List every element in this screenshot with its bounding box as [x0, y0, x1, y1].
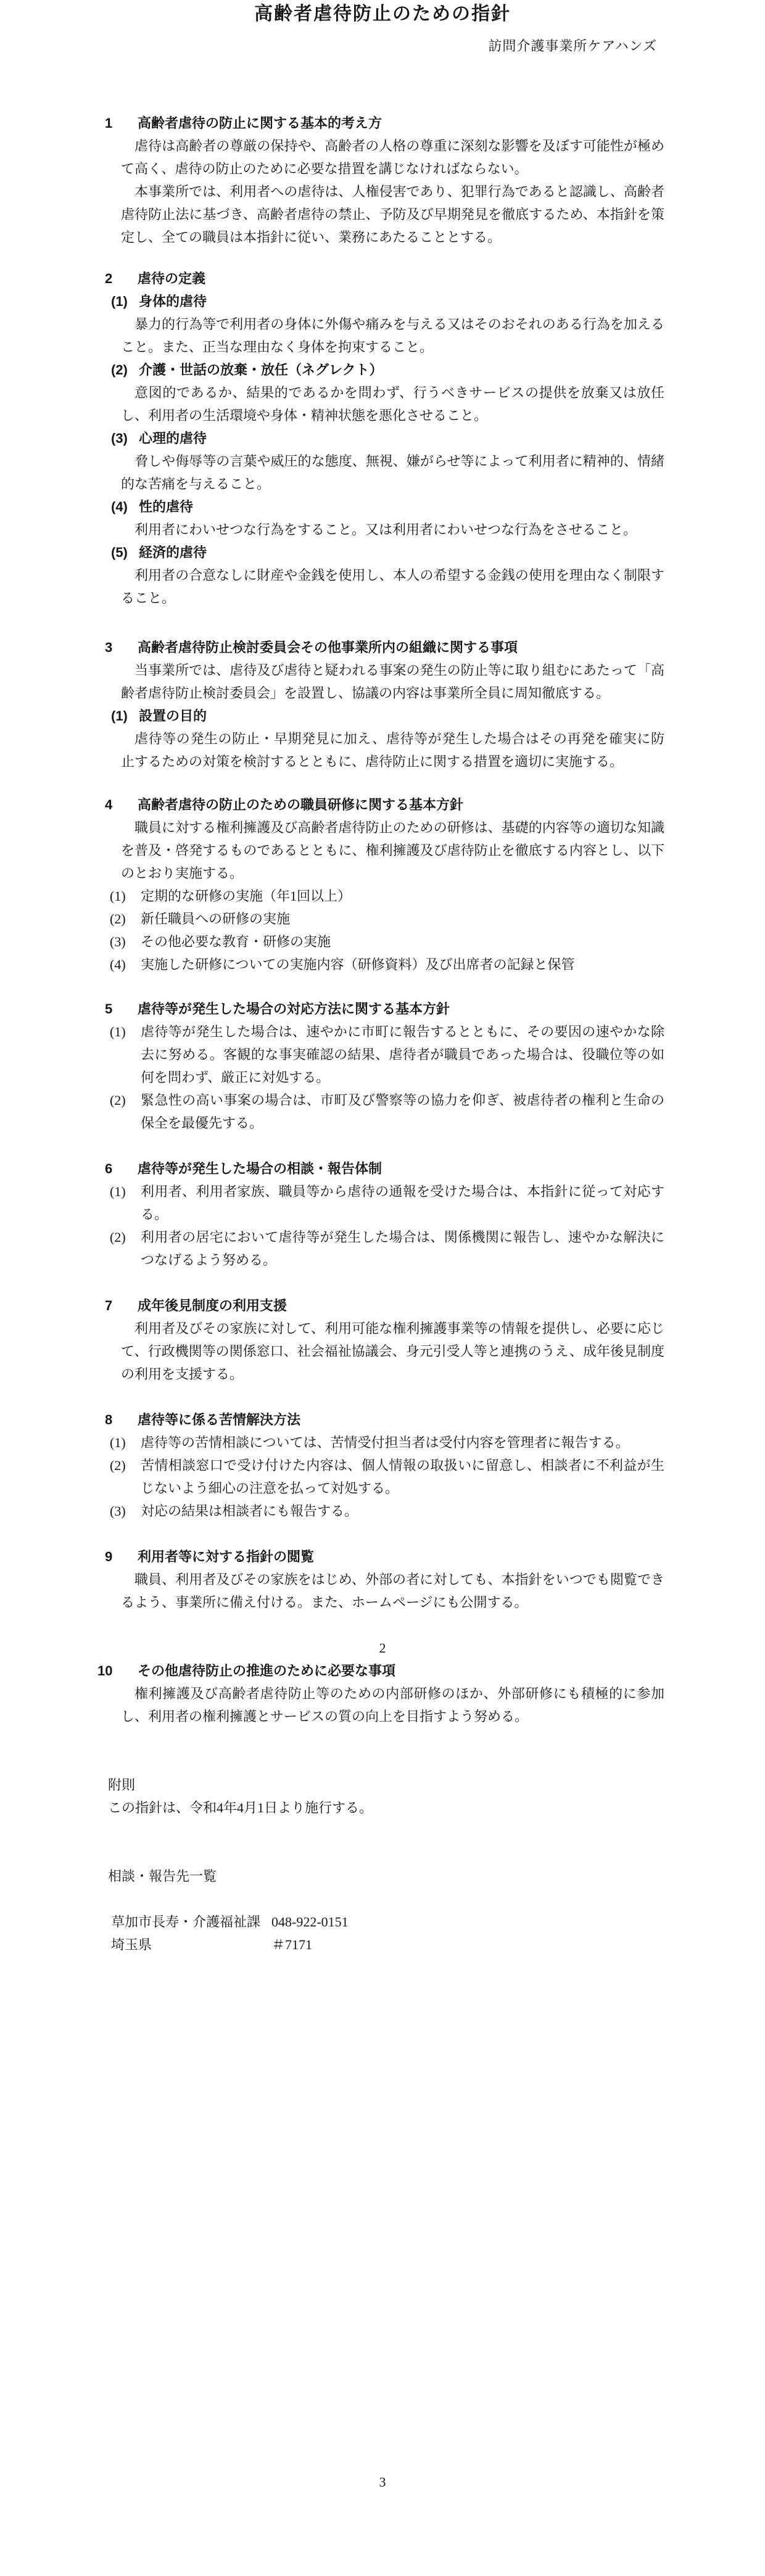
- section-6-title: 虐待等が発生した場合の相談・報告体制: [138, 1161, 382, 1176]
- section-1-heading: 1高齢者虐待の防止に関する基本的考え方: [0, 112, 765, 134]
- sub-number: (1): [111, 290, 139, 313]
- section-6-item-1: (1)利用者、利用者家族、職員等から虐待の通報を受けた場合は、本指針に従って対応…: [141, 1180, 664, 1226]
- sub-title: 性的虐待: [139, 499, 193, 514]
- section-1-number: 1: [105, 112, 138, 134]
- section-1-paragraph-1: 虐待は高齢者の尊厳の保持や、高齢者の人格の尊重に深刻な影響を及ぼす可能性が極めて…: [121, 134, 664, 180]
- appendix-label: 附則: [108, 1773, 765, 1796]
- item-text: 定期的な研修の実施（年1回以上）: [141, 888, 351, 904]
- item-number: (2): [110, 1089, 126, 1112]
- item-text: 緊急性の高い事案の場合は、市町及び警察等の協力を仰ぎ、被虐待者の権利と生命の保全…: [141, 1092, 664, 1131]
- item-text: 利用者、利用者家族、職員等から虐待の通報を受けた場合は、本指針に従って対応する。: [141, 1184, 664, 1222]
- sub-number: (4): [111, 495, 139, 518]
- contact-label: 埼玉県: [111, 1937, 152, 1952]
- item-number: (3): [110, 1500, 126, 1522]
- sub-title: 設置の目的: [139, 708, 207, 724]
- item-text: 利用者の居宅において虐待等が発生した場合は、関係機関に報告し、速やかな解決につな…: [141, 1229, 664, 1268]
- item-number: (1): [110, 885, 126, 907]
- section-2-heading: 2虐待の定義: [0, 267, 765, 290]
- section-4-paragraph: 職員に対する権利擁護及び高齢者虐待防止のための研修は、基礎的内容等の適切な知識を…: [121, 816, 664, 885]
- section-2-sub-5-paragraph: 利用者の合意なしに財産や金銭を使用し、本人の希望する金銭の使用を理由なく制限する…: [121, 564, 664, 609]
- section-8-number: 8: [105, 1408, 138, 1431]
- section-5-number: 5: [105, 997, 138, 1020]
- section-2-sub-4-heading: (4)性的虐待: [0, 495, 765, 518]
- section-2-sub-2-paragraph: 意図的であるか、結果的であるかを問わず、行うべきサービスの提供を放棄又は放任し、…: [121, 381, 664, 427]
- section-3-paragraph: 当事業所では、虐待及び虐待と疑われる事案の発生の防止等に取り組むにあたって「高齢…: [121, 659, 664, 704]
- item-number: (4): [110, 953, 126, 976]
- section-6-heading: 6虐待等が発生した場合の相談・報告体制: [0, 1157, 765, 1180]
- contact-row-soka: 草加市長寿・介護福祉課 048-922-0151: [111, 1910, 765, 1933]
- section-5-title: 虐待等が発生した場合の対応方法に関する基本方針: [138, 1001, 450, 1017]
- section-8-item-1: (1)虐待等の苦情相談については、苦情受付担当者は受付内容を管理者に報告する。: [141, 1431, 664, 1454]
- item-text: その他必要な教育・研修の実施: [141, 934, 331, 949]
- item-text: 虐待等の苦情相談については、苦情受付担当者は受付内容を管理者に報告する。: [141, 1435, 629, 1450]
- contact-label: 草加市長寿・介護福祉課: [111, 1914, 260, 1930]
- item-text: 新任職員への研修の実施: [141, 911, 290, 927]
- section-5-heading: 5虐待等が発生した場合の対応方法に関する基本方針: [0, 997, 765, 1020]
- section-4-item-2: (2)新任職員への研修の実施: [141, 907, 664, 930]
- contact-phone: ＃7171: [271, 1933, 312, 1956]
- item-number: (2): [110, 907, 126, 930]
- section-8-title: 虐待等に係る苦情解決方法: [138, 1412, 300, 1427]
- document-page: 高齢者虐待防止のための指針 訪問介護事業所ケアハンズ 1高齢者虐待の防止に関する…: [0, 0, 765, 2576]
- section-7-heading: 7成年後見制度の利用支援: [0, 1294, 765, 1317]
- section-2-sub-4-paragraph: 利用者にわいせつな行為をすること。又は利用者にわいせつな行為をさせること。: [121, 518, 664, 541]
- section-3-sub-1-heading: (1)設置の目的: [0, 704, 765, 727]
- sub-number: (1): [111, 704, 139, 727]
- section-4-heading: 4高齢者虐待の防止のための職員研修に関する基本方針: [0, 793, 765, 816]
- item-number: (2): [110, 1226, 126, 1249]
- sub-number: (2): [111, 358, 139, 381]
- section-4-title: 高齢者虐待の防止のための職員研修に関する基本方針: [138, 797, 463, 812]
- section-10-heading: 10その他虐待防止の推進のために必要な事項: [0, 1659, 765, 1682]
- contact-row-saitama: 埼玉県 ＃7171: [111, 1933, 765, 1956]
- section-4-item-1: (1)定期的な研修の実施（年1回以上）: [141, 885, 664, 907]
- section-3-sub-1-paragraph: 虐待等の発生の防止・早期発見に加え、虐待等が発生した場合はその再発を確実に防止す…: [121, 727, 664, 773]
- section-4-item-4: (4)実施した研修についての実施内容（研修資料）及び出席者の記録と保管: [141, 953, 664, 976]
- section-10-paragraph: 権利擁護及び高齢者虐待防止等のための内部研修のほか、外部研修にも積極的に参加し、…: [121, 1682, 664, 1728]
- section-4-item-3: (3)その他必要な教育・研修の実施: [141, 930, 664, 953]
- sub-title: 介護・世話の放棄・放任（ネグレクト）: [139, 362, 383, 378]
- item-text: 対応の結果は相談者にも報告する。: [141, 1503, 358, 1519]
- section-7-paragraph: 利用者及びその家族に対して、利用可能な権利擁護事業等の情報を提供し、必要に応じて…: [121, 1317, 664, 1385]
- page-number-3: 3: [0, 2471, 765, 2493]
- item-number: (3): [110, 930, 126, 953]
- section-9-title: 利用者等に対する指針の閲覧: [138, 1549, 314, 1564]
- sub-title: 身体的虐待: [139, 294, 207, 309]
- document-title: 高齢者虐待防止のための指針: [0, 0, 765, 26]
- section-5-item-1: (1)虐待等が発生した場合は、速やかに市町に報告するとともに、その要因の速やかな…: [141, 1020, 664, 1089]
- section-3-heading: 3高齢者虐待防止検討委員会その他事業所内の組織に関する事項: [0, 636, 765, 659]
- section-8-heading: 8虐待等に係る苦情解決方法: [0, 1408, 765, 1431]
- section-3-number: 3: [105, 636, 138, 659]
- section-5-item-2: (2)緊急性の高い事案の場合は、市町及び警察等の協力を仰ぎ、被虐待者の権利と生命…: [141, 1089, 664, 1134]
- item-number: (1): [110, 1020, 126, 1043]
- section-2-sub-5-heading: (5)経済的虐待: [0, 541, 765, 564]
- document-subtitle: 訪問介護事業所ケアハンズ: [0, 35, 765, 57]
- section-3-title: 高齢者虐待防止検討委員会その他事業所内の組織に関する事項: [138, 640, 518, 655]
- section-7-title: 成年後見制度の利用支援: [138, 1298, 287, 1313]
- section-1-paragraph-2: 本事業所では、利用者への虐待は、人権侵害であり、犯罪行為であると認識し、高齢者虐…: [121, 180, 664, 249]
- section-9-number: 9: [105, 1545, 138, 1568]
- section-6-number: 6: [105, 1157, 138, 1180]
- section-6-item-2: (2)利用者の居宅において虐待等が発生した場合は、関係機関に報告し、速やかな解決…: [141, 1226, 664, 1271]
- section-2-title: 虐待の定義: [138, 271, 205, 286]
- section-8-item-2: (2)苦情相談窓口で受け付けた内容は、個人情報の取扱いに留意し、相談者に不利益が…: [141, 1454, 664, 1500]
- section-9-heading: 9利用者等に対する指針の閲覧: [0, 1545, 765, 1568]
- section-2-sub-2-heading: (2)介護・世話の放棄・放任（ネグレクト）: [0, 358, 765, 381]
- contact-phone: 048-922-0151: [271, 1910, 349, 1933]
- sub-title: 経済的虐待: [139, 545, 207, 560]
- section-8-item-3: (3)対応の結果は相談者にも報告する。: [141, 1500, 664, 1522]
- contact-list-heading: 相談・報告先一覧: [108, 1865, 765, 1888]
- section-4-number: 4: [105, 793, 138, 816]
- page-number-2: 2: [0, 1637, 765, 1659]
- sub-title: 心理的虐待: [139, 431, 207, 446]
- section-2-sub-1-paragraph: 暴力的行為等で利用者の身体に外傷や痛みを与える又はそのおそれのある行為を加えるこ…: [121, 313, 664, 358]
- section-2-sub-3-heading: (3)心理的虐待: [0, 427, 765, 450]
- section-10-number: 10: [97, 1659, 138, 1682]
- sub-number: (5): [111, 541, 139, 564]
- item-text: 苦情相談窓口で受け付けた内容は、個人情報の取扱いに留意し、相談者に不利益が生じな…: [141, 1458, 664, 1496]
- section-2-sub-3-paragraph: 脅しや侮辱等の言葉や威圧的な態度、無視、嫌がらせ等によって利用者に精神的、情緒的…: [121, 450, 664, 495]
- item-number: (1): [110, 1431, 126, 1454]
- item-number: (2): [110, 1454, 126, 1477]
- section-2-number: 2: [105, 267, 138, 290]
- item-number: (1): [110, 1180, 126, 1203]
- sub-number: (3): [111, 427, 139, 450]
- appendix-text: この指針は、令和4年4月1日より施行する。: [108, 1796, 765, 1819]
- section-1-title: 高齢者虐待の防止に関する基本的考え方: [138, 115, 382, 131]
- section-9-paragraph: 職員、利用者及びその家族をはじめ、外部の者に対しても、本指針をいつでも閲覧できる…: [121, 1568, 664, 1614]
- item-text: 虐待等が発生した場合は、速やかに市町に報告するとともに、その要因の速やかな除去に…: [141, 1024, 664, 1085]
- section-10-title: その他虐待防止の推進のために必要な事項: [138, 1663, 395, 1678]
- section-2-sub-1-heading: (1)身体的虐待: [0, 290, 765, 313]
- item-text: 実施した研修についての実施内容（研修資料）及び出席者の記録と保管: [141, 957, 575, 972]
- section-7-number: 7: [105, 1294, 138, 1317]
